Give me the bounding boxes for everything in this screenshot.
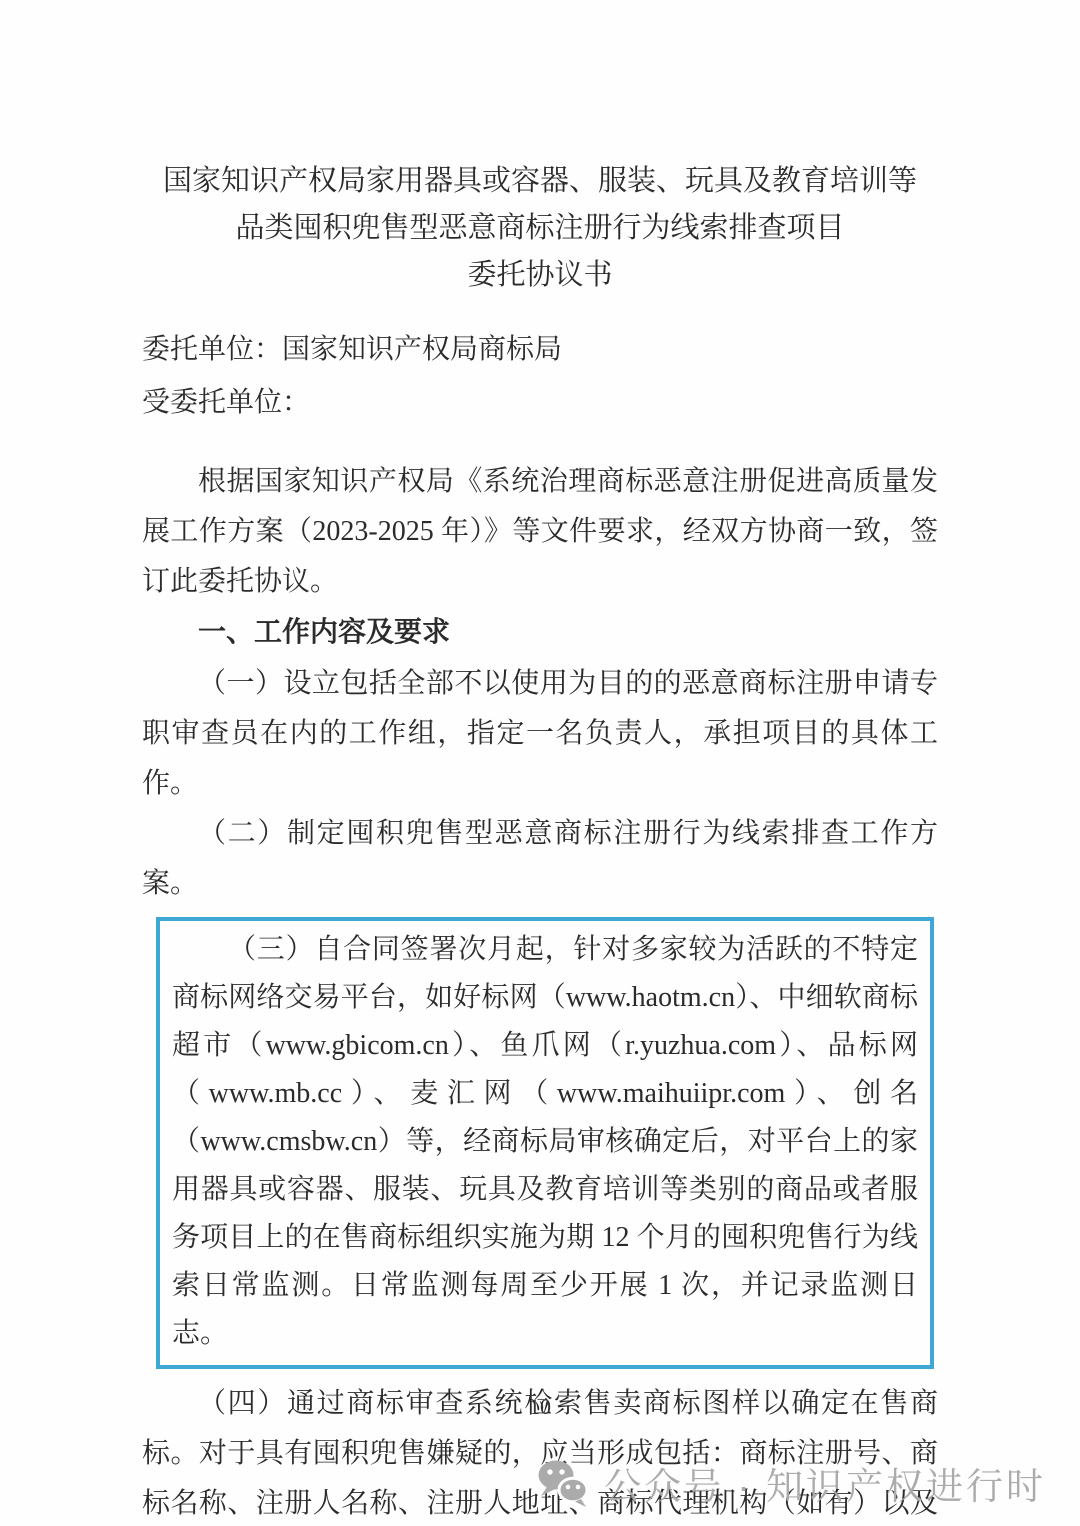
intro-paragraph: 根据国家知识产权局《系统治理商标恶意注册促进高质量发展工作方案（2023-202… (142, 457, 938, 607)
work-item-3-highlighted: （三）自合同签署次月起，针对多家较为活跃的不特定商标网络交易平台，如好标网（ww… (172, 926, 918, 1358)
entrusting-party-value: 国家知识产权局商标局 (282, 334, 562, 365)
entrusted-party-line: 受委托单位： (142, 376, 938, 429)
document-title: 国家知识产权局家用器具或容器、服装、玩具及教育培训等 品类囤积兜售型恶意商标注册… (142, 158, 938, 299)
document-title-line-1: 国家知识产权局家用器具或容器、服装、玩具及教育培训等 (142, 158, 938, 205)
entrusting-party-line: 委托单位：国家知识产权局商标局 (142, 323, 938, 376)
document-content: 国家知识产权局家用器具或容器、服装、玩具及教育培训等 品类囤积兜售型恶意商标注册… (0, 0, 1080, 1526)
highlighted-clause-box: （三）自合同签署次月起，针对多家较为活跃的不特定商标网络交易平台，如好标网（ww… (156, 917, 934, 1369)
work-item-2: （二）制定囤积兜售型恶意商标注册行为线索排查工作方案。 (142, 809, 938, 909)
watermark: 公众号 · 知识产权进行时 (536, 1456, 1046, 1510)
section1-heading: 一、工作内容及要求 (142, 607, 938, 659)
watermark-text: 公众号 · 知识产权进行时 (604, 1456, 1046, 1510)
wechat-icon (536, 1458, 590, 1508)
page-number: 10 (0, 1394, 1080, 1420)
document-title-line-2: 品类囤积兜售型恶意商标注册行为线索排查项目 (142, 205, 938, 252)
document-page: 国家知识产权局家用器具或容器、服装、玩具及教育培训等 品类囤积兜售型恶意商标注册… (0, 0, 1080, 1526)
work-item-1: （一）设立包括全部不以使用为目的的恶意商标注册申请专职审查员在内的工作组，指定一… (142, 659, 938, 809)
entrusting-party-label: 委托单位： (142, 334, 282, 365)
entrusted-party-label: 受委托单位： (142, 387, 310, 418)
document-title-line-3: 委托协议书 (142, 252, 938, 299)
